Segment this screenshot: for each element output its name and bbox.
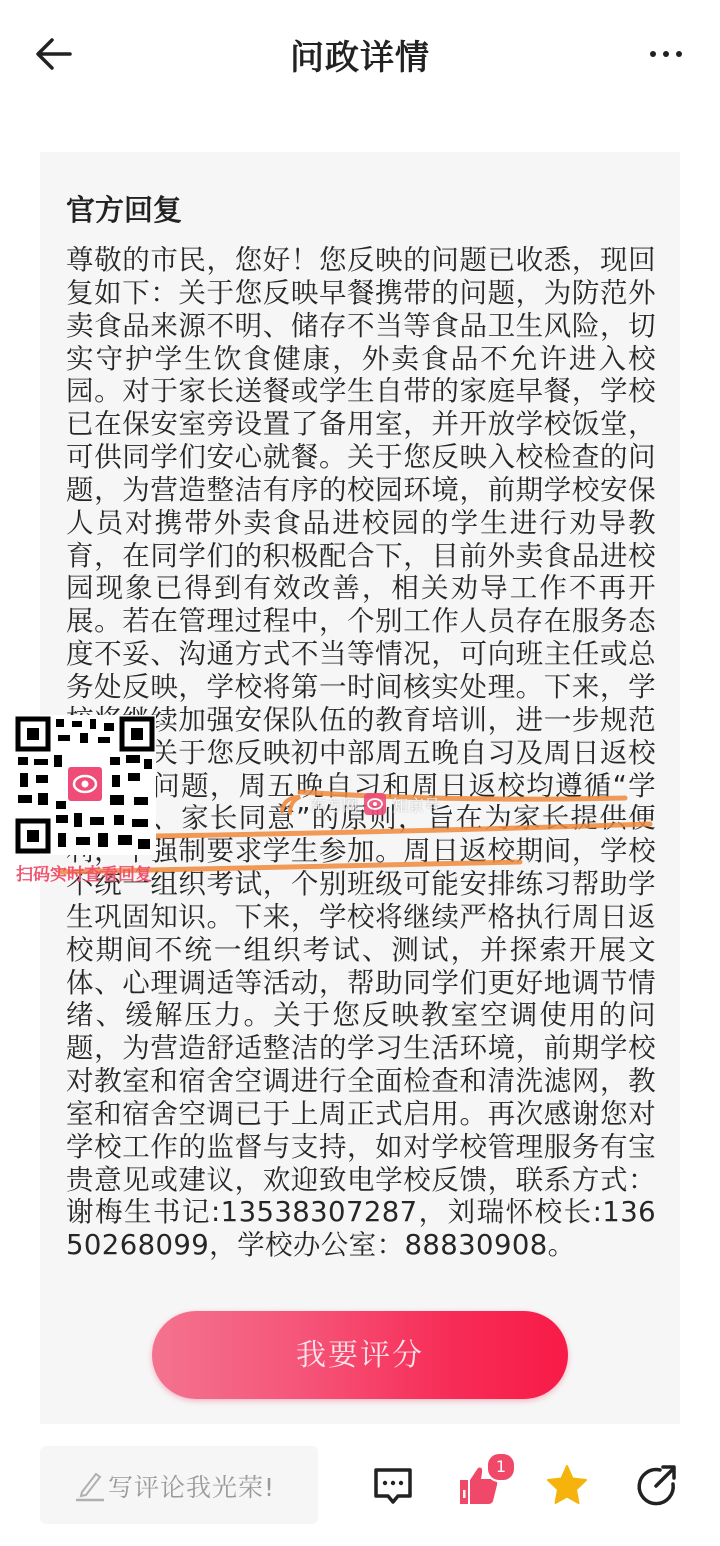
favorite-button[interactable] [544, 1462, 590, 1508]
comment-bubble-icon [370, 1462, 416, 1508]
top-bar: 问政详情 [0, 0, 720, 110]
card-title: 官方回复 [66, 188, 182, 229]
more-button[interactable] [648, 44, 684, 64]
watermark-logo-icon [278, 791, 304, 817]
star-icon [544, 1462, 590, 1508]
bottom-bar: 写评论我光荣! 1 [0, 1440, 720, 1546]
like-count-badge: 1 [486, 1452, 516, 1482]
watermark-text-left: 东方网 [310, 793, 358, 816]
page-title: 问政详情 [0, 30, 720, 79]
share-icon [634, 1462, 680, 1508]
share-button[interactable] [634, 1462, 680, 1508]
watermark-eye-icon [364, 793, 386, 815]
comment-placeholder: 写评论我光荣! [108, 1468, 275, 1504]
pencil-icon [74, 1468, 106, 1502]
qr-label: 扫码实时查看回复 [16, 860, 152, 885]
comments-button[interactable] [370, 1462, 416, 1508]
more-dots-icon [648, 44, 684, 64]
qr-code[interactable] [14, 715, 156, 855]
rate-button[interactable]: 我要评分 [152, 1311, 568, 1399]
watermark: 东方网 知京号 [278, 789, 440, 819]
watermark-text-right: 知京号 [392, 793, 440, 816]
comment-input[interactable]: 写评论我光荣! [40, 1446, 318, 1524]
qr-code-icon [14, 715, 156, 855]
